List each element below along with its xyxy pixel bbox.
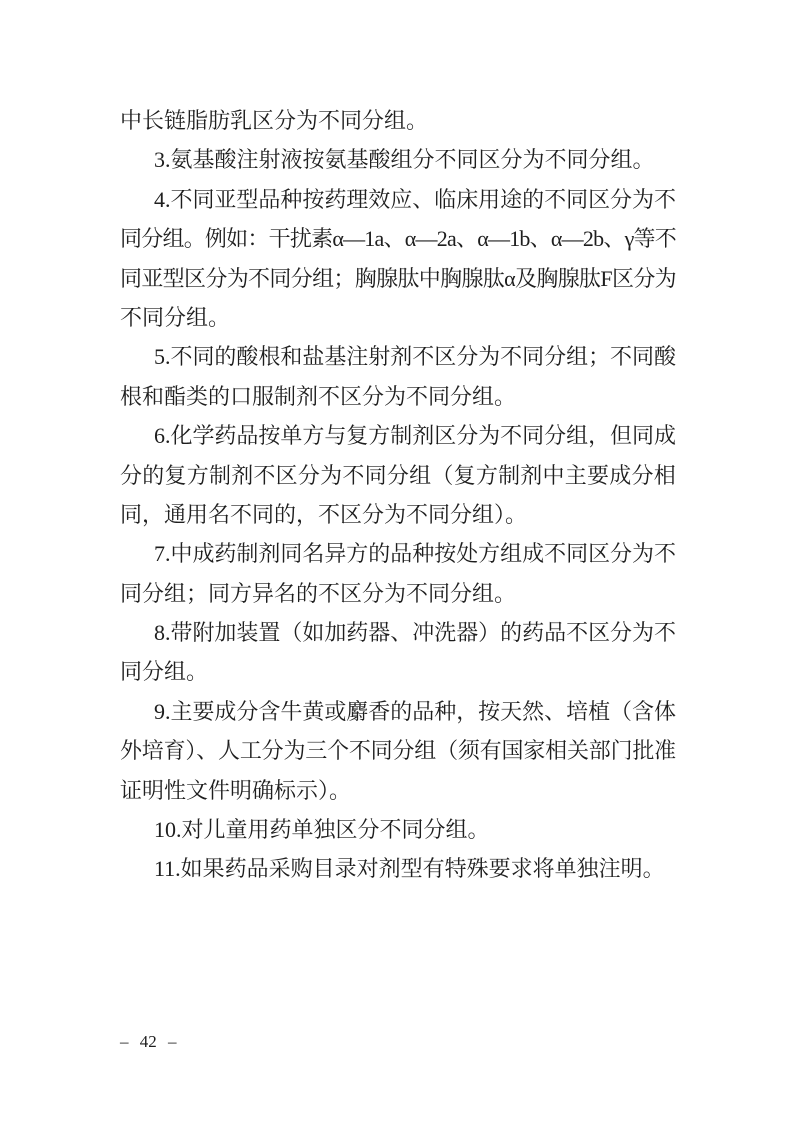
text-line: 3.氨基酸注射液按氨基酸组分不同区分为不同分组。 (120, 140, 676, 179)
text-line-content: 外培育）、人工分为三个不同分组（须有国家相关部门批准 (120, 738, 676, 763)
text-line: 外培育）、人工分为三个不同分组（须有国家相关部门批准 (120, 731, 676, 770)
text-line: 4.不同亚型品种按药理效应、临床用途的不同区分为不 (120, 180, 676, 219)
text-line-content: 同，通用名不同的，不区分为不同分组）。 (120, 502, 527, 527)
text-line: 5.不同的酸根和盐基注射剂不区分为不同分组；不同酸 (120, 337, 676, 376)
text-line: 分的复方制剂不区分为不同分组（复方制剂中主要成分相 (120, 456, 676, 495)
text-line-content: 同亚型区分为不同分组；胸腺肽中胸腺肽α及胸腺肽F区分为 (120, 266, 676, 291)
page-number: – 42 – (120, 1032, 177, 1051)
text-line-content: 3.氨基酸注射液按氨基酸组分不同区分为不同分组。 (154, 147, 655, 172)
text-line-content: 分的复方制剂不区分为不同分组（复方制剂中主要成分相 (120, 463, 676, 488)
text-line: 6.化学药品按单方与复方制剂区分为不同分组，但同成 (120, 416, 676, 455)
text-line-content: 同分组。 (120, 659, 208, 684)
text-line: 同，通用名不同的，不区分为不同分组）。 (120, 495, 676, 534)
page-footer: – 42 – (120, 1030, 177, 1054)
text-line: 不同分组。 (120, 298, 676, 337)
text-line: 根和酯类的口服制剂不区分为不同分组。 (120, 377, 676, 416)
document-body: 中长链脂肪乳区分为不同分组。3.氨基酸注射液按氨基酸组分不同区分为不同分组。4.… (120, 101, 676, 889)
document-page: 中长链脂肪乳区分为不同分组。3.氨基酸注射液按氨基酸组分不同区分为不同分组。4.… (0, 0, 793, 1122)
text-line-content: 9.主要成分含牛黄或麝香的品种，按天然、培植（含体 (154, 699, 676, 724)
text-line: 中长链脂肪乳区分为不同分组。 (120, 101, 676, 140)
text-line: 11.如果药品采购目录对剂型有特殊要求将单独注明。 (120, 849, 676, 888)
text-line-content: 同分组。例如：干扰素α—1a、α—2a、α—1b、α—2b、γ等不 (120, 226, 676, 251)
text-line-content: 4.不同亚型品种按药理效应、临床用途的不同区分为不 (154, 187, 676, 212)
text-line: 同分组。 (120, 652, 676, 691)
text-line: 9.主要成分含牛黄或麝香的品种，按天然、培植（含体 (120, 692, 676, 731)
text-line: 7.中成药制剂同名异方的品种按处方组成不同区分为不 (120, 534, 676, 573)
text-line-content: 11.如果药品采购目录对剂型有特殊要求将单独注明。 (154, 856, 665, 881)
text-line-content: 不同分组。 (120, 305, 230, 330)
text-line: 同分组；同方异名的不区分为不同分组。 (120, 574, 676, 613)
text-line-content: 中长链脂肪乳区分为不同分组。 (120, 108, 428, 133)
text-line: 8.带附加装置（如加药器、冲洗器）的药品不区分为不 (120, 613, 676, 652)
text-line: 10.对儿童用药单独区分不同分组。 (120, 810, 676, 849)
text-line-content: 7.中成药制剂同名异方的品种按处方组成不同区分为不 (154, 541, 676, 566)
text-line-content: 6.化学药品按单方与复方制剂区分为不同分组，但同成 (154, 423, 676, 448)
text-line-content: 5.不同的酸根和盐基注射剂不区分为不同分组；不同酸 (154, 344, 676, 369)
text-line-content: 证明性文件明确标示）。 (120, 778, 351, 803)
text-line-content: 同分组；同方异名的不区分为不同分组。 (120, 581, 516, 606)
text-line: 同分组。例如：干扰素α—1a、α—2a、α—1b、α—2b、γ等不 (120, 219, 676, 258)
text-line: 证明性文件明确标示）。 (120, 771, 676, 810)
text-line-content: 8.带附加装置（如加药器、冲洗器）的药品不区分为不 (154, 620, 676, 645)
text-line: 同亚型区分为不同分组；胸腺肽中胸腺肽α及胸腺肽F区分为 (120, 259, 676, 298)
text-line-content: 10.对儿童用药单独区分不同分组。 (154, 817, 490, 842)
text-line-content: 根和酯类的口服制剂不区分为不同分组。 (120, 384, 516, 409)
